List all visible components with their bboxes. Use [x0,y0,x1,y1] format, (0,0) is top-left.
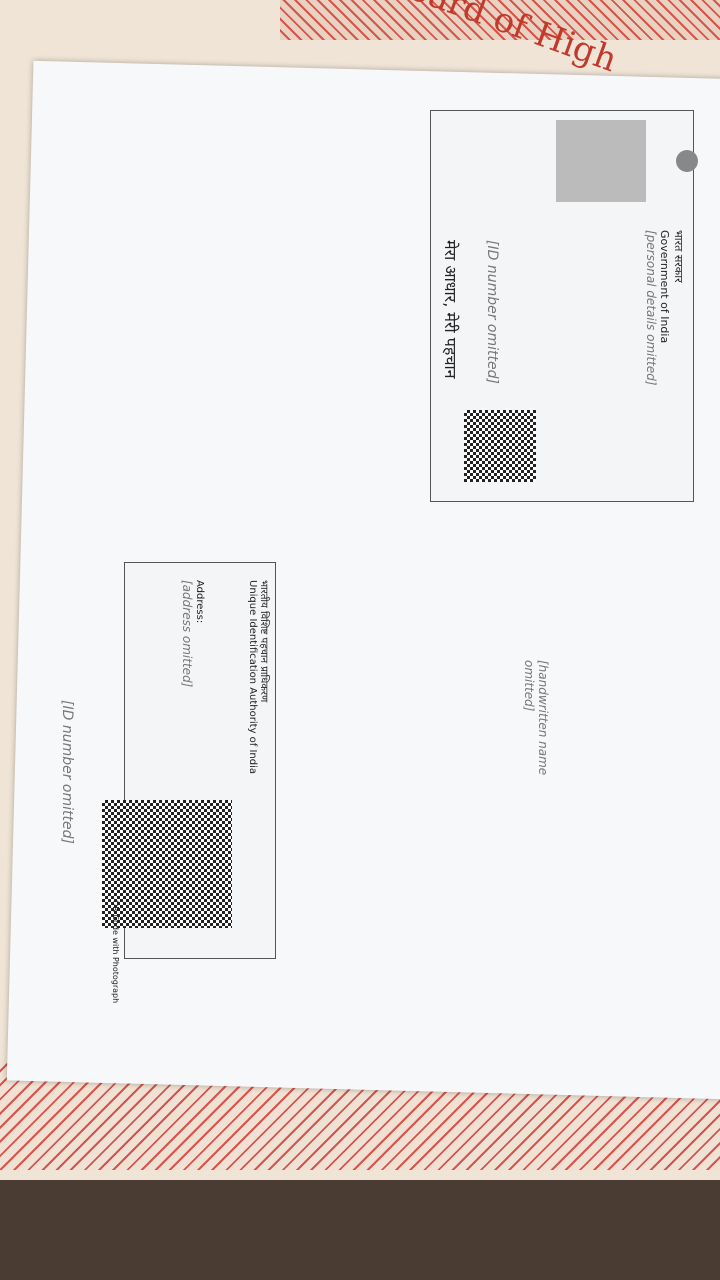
card-front-id-number: [ID number omitted] [484,240,500,384]
qr-code-front [464,410,536,482]
card-back-id-number: [ID number omitted] [59,700,75,844]
holder-photo [556,120,646,202]
qr-code-back [102,800,232,928]
card-back-header: भारतीय विशिष्ट पहचान प्राधिकरण Unique Id… [247,580,272,774]
card-back-address: Address: [address omitted] [180,580,205,687]
qr-caption: QR Code with Photograph [111,900,120,1003]
emblem-icon [676,150,698,172]
card-front-tagline: मेरा आधार, मेरी पहचान [440,240,462,379]
card-front-header: भारत सरकार Government of India [personal… [644,230,686,386]
handwritten-note: [handwritten name omitted] [522,660,550,830]
